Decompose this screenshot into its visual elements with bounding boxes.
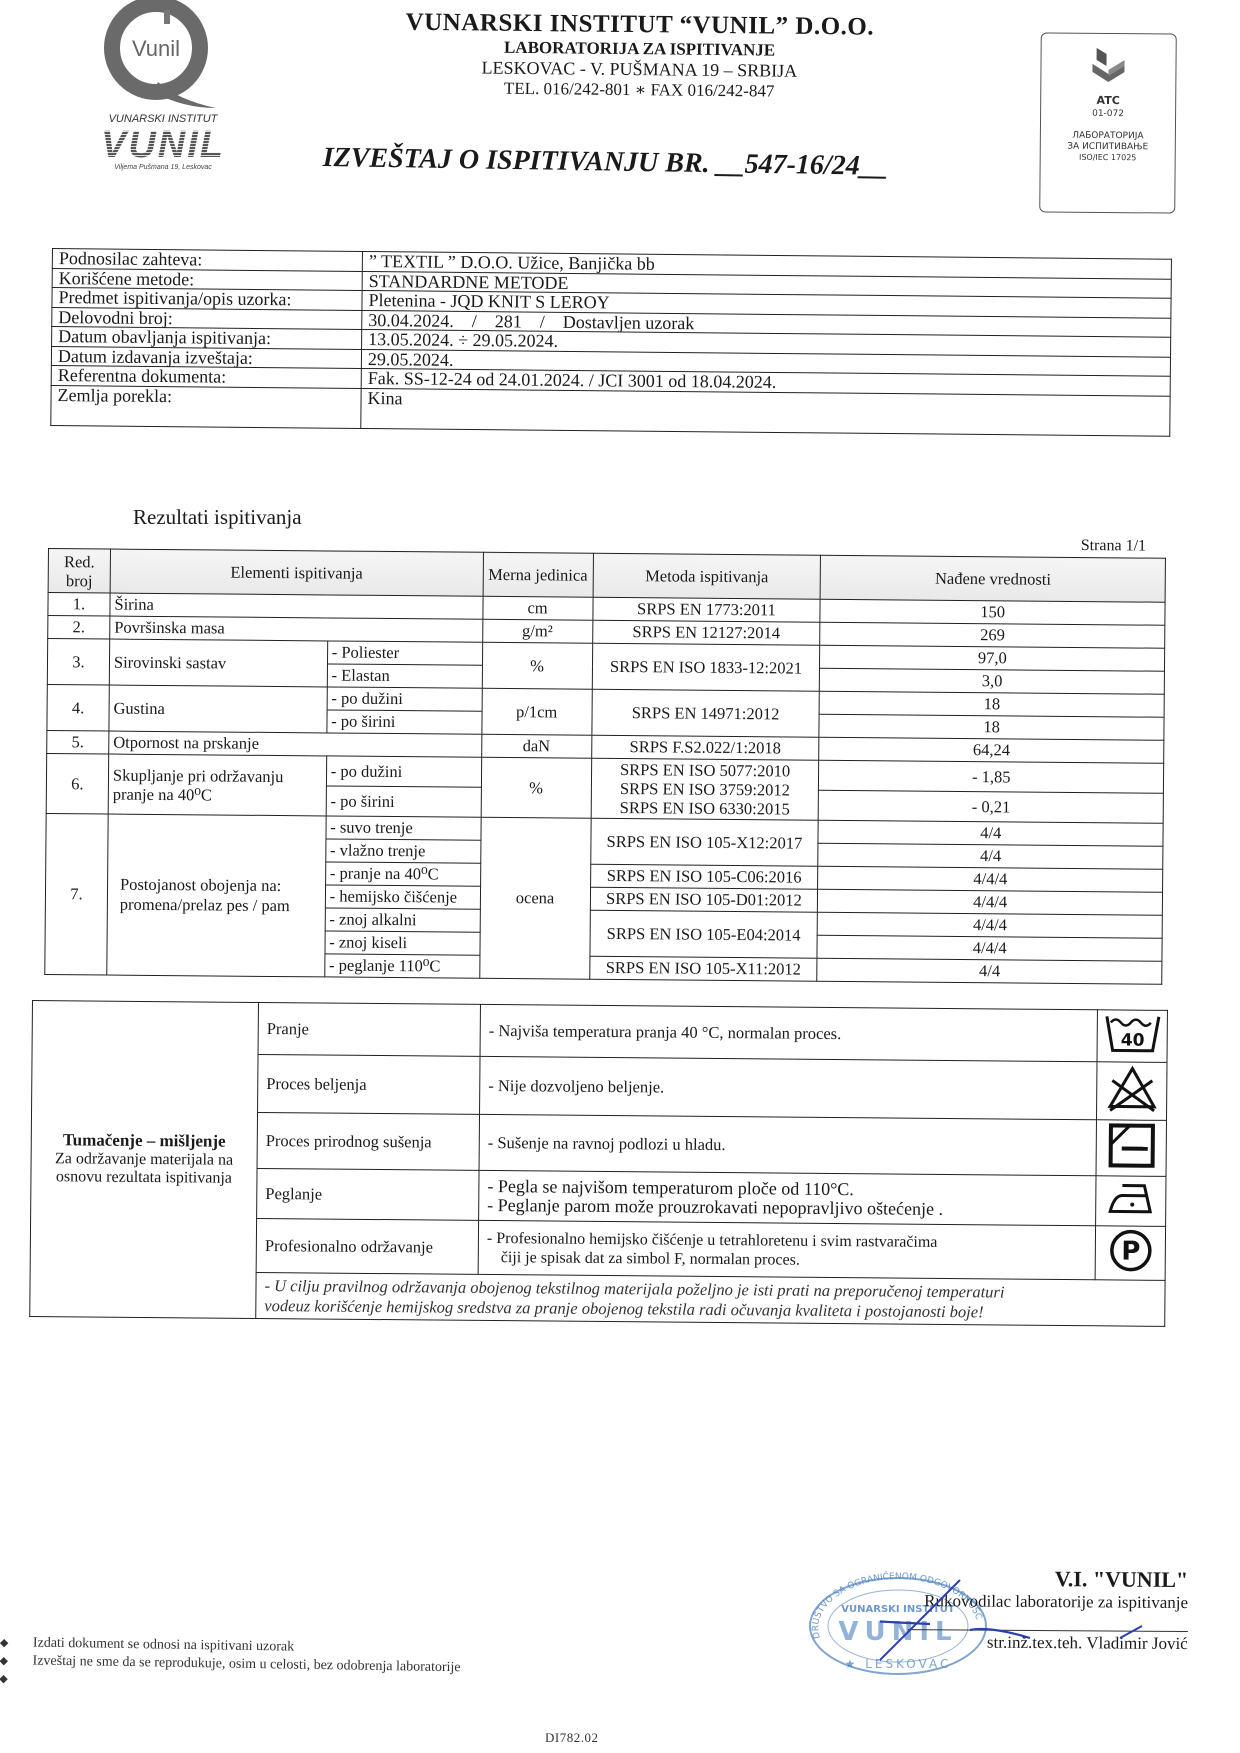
care-category: Profesionalno održavanje	[256, 1218, 478, 1274]
care-row: Tumačenje – mišljenje Za održavanje mate…	[32, 1001, 1167, 1063]
signature-org: V.I. "VUNIL"	[888, 1565, 1188, 1593]
found-value: 97,0	[820, 645, 1165, 671]
element-name: Skupljanje pri održavanju pranje na 40⁰C	[108, 754, 326, 816]
sub-element: - pranje na 40⁰C	[325, 862, 480, 886]
care-description-line: - Peglanje parom može prouzrokavati nepo…	[487, 1195, 1087, 1219]
row-number: 7.	[45, 813, 108, 975]
wash-40-icon: 40	[1097, 1010, 1167, 1063]
col-header-no: Red. broj	[48, 549, 110, 594]
found-value: - 1,85	[819, 760, 1164, 793]
found-value: 4/4/4	[818, 889, 1163, 915]
method: SRPS EN ISO 105-E04:2014	[589, 910, 817, 958]
dry-clean-p-icon: P	[1095, 1226, 1165, 1281]
unit: g/m²	[482, 619, 592, 643]
care-description: - Pegla se najvišom temperaturom ploče o…	[479, 1170, 1096, 1225]
care-category: Peglanje	[257, 1168, 479, 1220]
interpretation-summary: Tumačenje – mišljenje Za održavanje mate…	[30, 1001, 259, 1319]
col-header-value: Nađene vrednosti	[821, 555, 1166, 602]
signature-role: Rukovodilac laboratorije za ispitivanje	[888, 1591, 1188, 1613]
results-heading: Rezultati ispitivanja	[133, 505, 302, 530]
found-value: 4/4	[818, 843, 1163, 869]
sub-element: - hemijsko čišćenje	[325, 885, 480, 909]
element-name: Sirovinski sastav	[109, 639, 327, 687]
interpretation-subheading: Za održavanje materijala na osnovu rezul…	[55, 1150, 233, 1187]
iron-low-icon	[1096, 1176, 1166, 1227]
care-note: - U cilju pravilnog održavanja obojenog …	[256, 1272, 1165, 1326]
method: SRPS EN 14971:2012	[591, 689, 819, 737]
method-line: SRPS EN ISO 5077:2010	[596, 760, 815, 781]
method: SRPS EN 12127:2014	[592, 620, 820, 645]
found-value: 4/4/4	[817, 935, 1162, 961]
sub-element: - po dužini	[327, 687, 482, 711]
row-number: 1.	[48, 593, 110, 617]
row-number: 2.	[48, 616, 110, 640]
care-description: - Nije dozvoljeno beljenje.	[480, 1056, 1097, 1119]
sub-element: - po širini	[327, 710, 482, 734]
sub-element: - po dužini	[326, 756, 481, 787]
logo-mark: VUNIL	[93, 126, 233, 164]
signature-block: V.I. "VUNIL" Rukovodilac laboratorije za…	[888, 1565, 1189, 1654]
document-code: DI782.02	[545, 1730, 598, 1746]
method: SRPS EN ISO 1833-12:2021	[592, 643, 820, 691]
svg-text:Vunil: Vunil	[132, 36, 180, 61]
care-description: - Profesionalno hemijsko čišćenje u tetr…	[478, 1220, 1095, 1279]
row-number: 5.	[47, 730, 109, 754]
unit: p/1cm	[482, 688, 592, 735]
col-header-method: Metoda ispitivanja	[593, 553, 821, 599]
method-line: SRPS EN ISO 3759:2012	[595, 779, 814, 800]
unit: ocena	[479, 817, 590, 979]
unit: %	[481, 757, 591, 818]
results-table: Strana 1/1 Red. broj Elementi ispitivanj…	[44, 548, 1166, 985]
info-value: Kina	[361, 388, 1170, 436]
method-line: SRPS EN ISO 6330:2015	[595, 798, 814, 819]
care-description: - Sušenje na ravnoj podlozi u hladu.	[479, 1114, 1096, 1175]
row-number: 6.	[46, 753, 108, 814]
info-label: Zemlja porekla:	[51, 385, 361, 428]
element-name: Površinska masa	[110, 616, 483, 642]
found-value: 269	[820, 622, 1165, 648]
sub-element: - suvo trenje	[326, 816, 481, 840]
element-name: Postojanost obojenja na: promena/prelaz …	[107, 814, 326, 977]
sub-element: - peglanje 110⁰C	[324, 954, 479, 978]
found-value: 64,24	[819, 737, 1164, 763]
sub-element: - Elastan	[327, 664, 482, 688]
care-description: - Najviša temperatura pranja 40 °C, norm…	[480, 1004, 1097, 1061]
bullet-icon: ◆	[0, 1636, 8, 1649]
sub-element: - vlažno trenje	[325, 839, 480, 863]
report-info-table: Podnosilac zahteva:” TEXTIL ” D.O.O. Uži…	[50, 248, 1172, 436]
found-value: 4/4/4	[818, 912, 1163, 938]
sub-element: - znoj kiseli	[325, 931, 480, 955]
element-name: Širina	[110, 593, 483, 619]
bullet-icon: ◆	[0, 1654, 8, 1667]
element-name: Gustina	[109, 685, 327, 733]
footer-notes: ◆Izdati dokument se odnosi na ispitivani…	[0, 1635, 640, 1699]
atc-mark-icon	[1088, 46, 1128, 90]
method: SRPS EN ISO 105-X12:2017	[590, 818, 818, 866]
col-header-element: Elementi ispitivanja	[110, 549, 483, 596]
method: SRPS EN ISO 105-X11:2012	[589, 956, 817, 981]
atc-code: ATC	[1041, 93, 1175, 107]
q-logo-icon: Vunil	[98, 0, 218, 110]
atc-standard: ISO/IEC 17025	[1041, 152, 1175, 162]
found-value: 4/4	[818, 820, 1163, 846]
atc-number: 01-072	[1041, 108, 1175, 119]
unit: cm	[483, 596, 593, 620]
found-value: 4/4/4	[818, 866, 1163, 892]
sub-element: - po širini	[326, 786, 481, 817]
found-value: 150	[820, 599, 1165, 625]
unit: %	[482, 642, 592, 689]
method: SRPS EN ISO 5077:2010 SRPS EN ISO 3759:2…	[591, 758, 819, 820]
row-number: 4.	[47, 684, 109, 731]
interpretation-table: Tumačenje – mišljenje Za održavanje mate…	[29, 1000, 1168, 1327]
svg-text:★ LESKOVAC: ★ LESKOVAC	[845, 1657, 952, 1671]
interpretation-heading: Tumačenje – mišljenje	[63, 1130, 226, 1150]
method: SRPS EN 1773:2011	[592, 597, 820, 622]
element-name: Otpornost na prskanje	[109, 731, 482, 757]
method: SRPS EN ISO 105-D01:2012	[590, 887, 818, 912]
sub-element: - Poliester	[327, 641, 482, 665]
col-header-unit: Merna jedinica	[483, 552, 593, 597]
dry-flat-shade-icon	[1096, 1120, 1166, 1177]
accreditation-badge: ATC 01-072 ЛАБОРАТОРИЈА ЗА ИСПИТИВАЊЕ IS…	[1039, 32, 1177, 213]
bullet-icon: ◆	[0, 1672, 8, 1685]
method: SRPS EN ISO 105-C06:2016	[590, 864, 818, 889]
no-bleach-icon	[1096, 1062, 1167, 1121]
report-title: IZVEŠTAJ O ISPITIVANJU BR. __547-16/24__	[322, 142, 887, 183]
svg-text:40: 40	[1120, 1030, 1144, 1050]
care-category: Pranje	[258, 1002, 480, 1056]
vunil-logo: Vunil VUNARSKI INSTITUT VUNIL Viljema Pu…	[88, 0, 228, 175]
row-number: 3.	[47, 639, 109, 686]
care-category: Proces beljenja	[258, 1054, 480, 1114]
svg-text:P: P	[1121, 1237, 1140, 1267]
found-value: 3,0	[820, 668, 1165, 694]
letterhead: VUNARSKI INSTITUT “VUNIL” D.O.O. LABORAT…	[339, 8, 940, 103]
signature-name: str.inž.tex.teh. Vladimir Jović	[888, 1632, 1188, 1654]
found-value: 18	[820, 691, 1165, 717]
page-number: Strana 1/1	[1081, 537, 1146, 556]
found-value: - 0,21	[819, 790, 1164, 823]
care-description-line: čiji je spisak dat za simbol F, normalan…	[487, 1247, 1087, 1271]
found-value: 18	[819, 714, 1164, 740]
method: SRPS F.S2.022/1:2018	[591, 735, 819, 760]
logo-address: Viljema Pušmana 19, Leskovac	[88, 164, 238, 171]
unit: daN	[481, 734, 591, 758]
sub-element: - znoj alkalni	[325, 908, 480, 932]
found-value: 4/4	[817, 958, 1162, 984]
care-category: Proces prirodnog sušenja	[257, 1112, 479, 1170]
